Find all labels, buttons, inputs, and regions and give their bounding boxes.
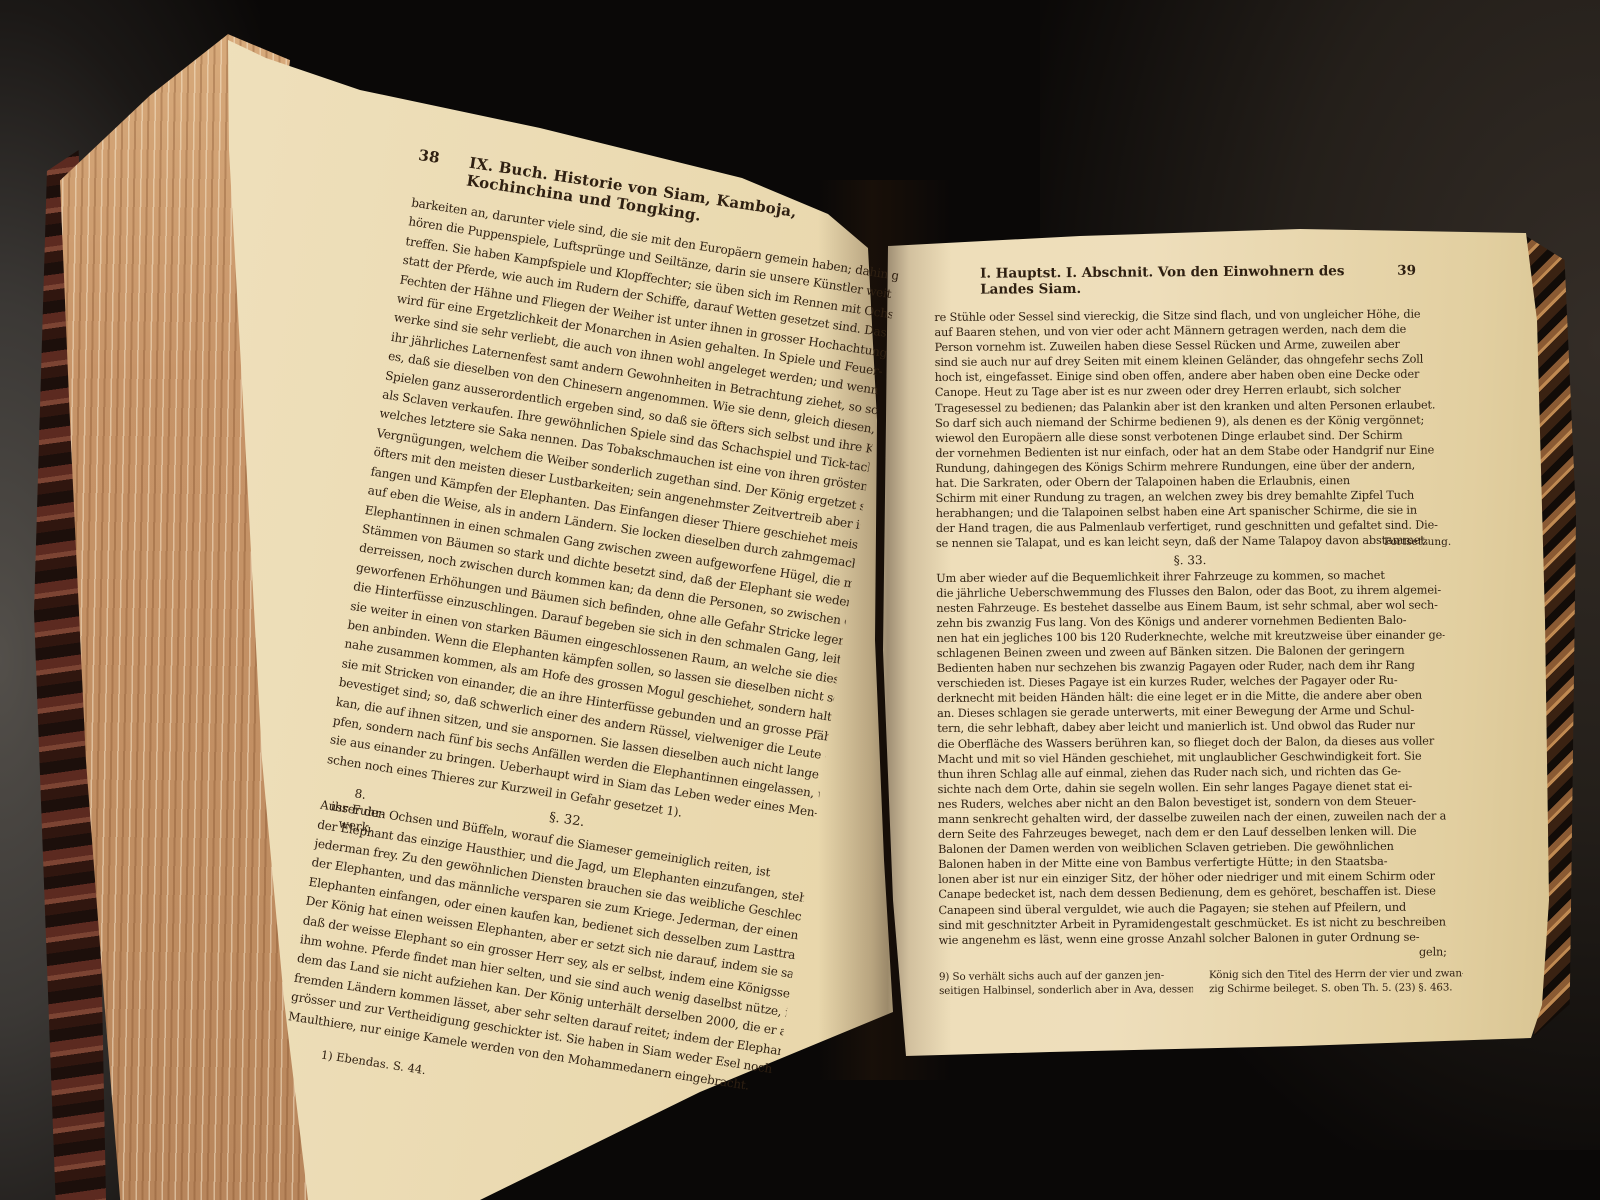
right-page-footnotes: 9) So verhält sichs auch auf der ganzen … (939, 966, 1447, 998)
left-page-number: 38 (417, 146, 441, 167)
book-photo: 38 IX. Buch. Historie von Siam, Kamboja,… (0, 0, 1600, 1200)
right-footnote-column-2: König sich den Titel des Herrn der vier … (1209, 966, 1463, 996)
section-heading-33: §. 33. (936, 551, 1444, 569)
left-page-paragraph-1: barkeiten an, darunter viele sind, die s… (326, 193, 900, 842)
right-page-content: I. Hauptst. I. Abschnit. Von den Einwohn… (934, 262, 1447, 997)
text-line: zig Schirme beileget. S. oben Th. 5. (23… (1209, 980, 1463, 996)
right-page-number: 39 (1397, 263, 1416, 279)
right-footnote-column-1: 9) So verhält sichs auch auf der ganzen … (939, 968, 1193, 998)
right-margin-note: Fortsetzung. (1384, 536, 1474, 548)
text-line: se nennen sie Talapat, und es kan leicht… (936, 533, 1444, 552)
right-page-paragraph-1: re Stühle oder Sessel sind viereckig, di… (934, 306, 1444, 551)
right-page-paragraph-2: Um aber wieder auf die Bequemlichkeit ih… (936, 567, 1447, 963)
right-running-header-row: I. Hauptst. I. Abschnit. Von den Einwohn… (934, 262, 1442, 298)
right-running-header: I. Hauptst. I. Abschnit. Von den Einwohn… (980, 263, 1397, 298)
text-line: seitigen Halbinsel, sonderlich aber in A… (939, 982, 1193, 998)
